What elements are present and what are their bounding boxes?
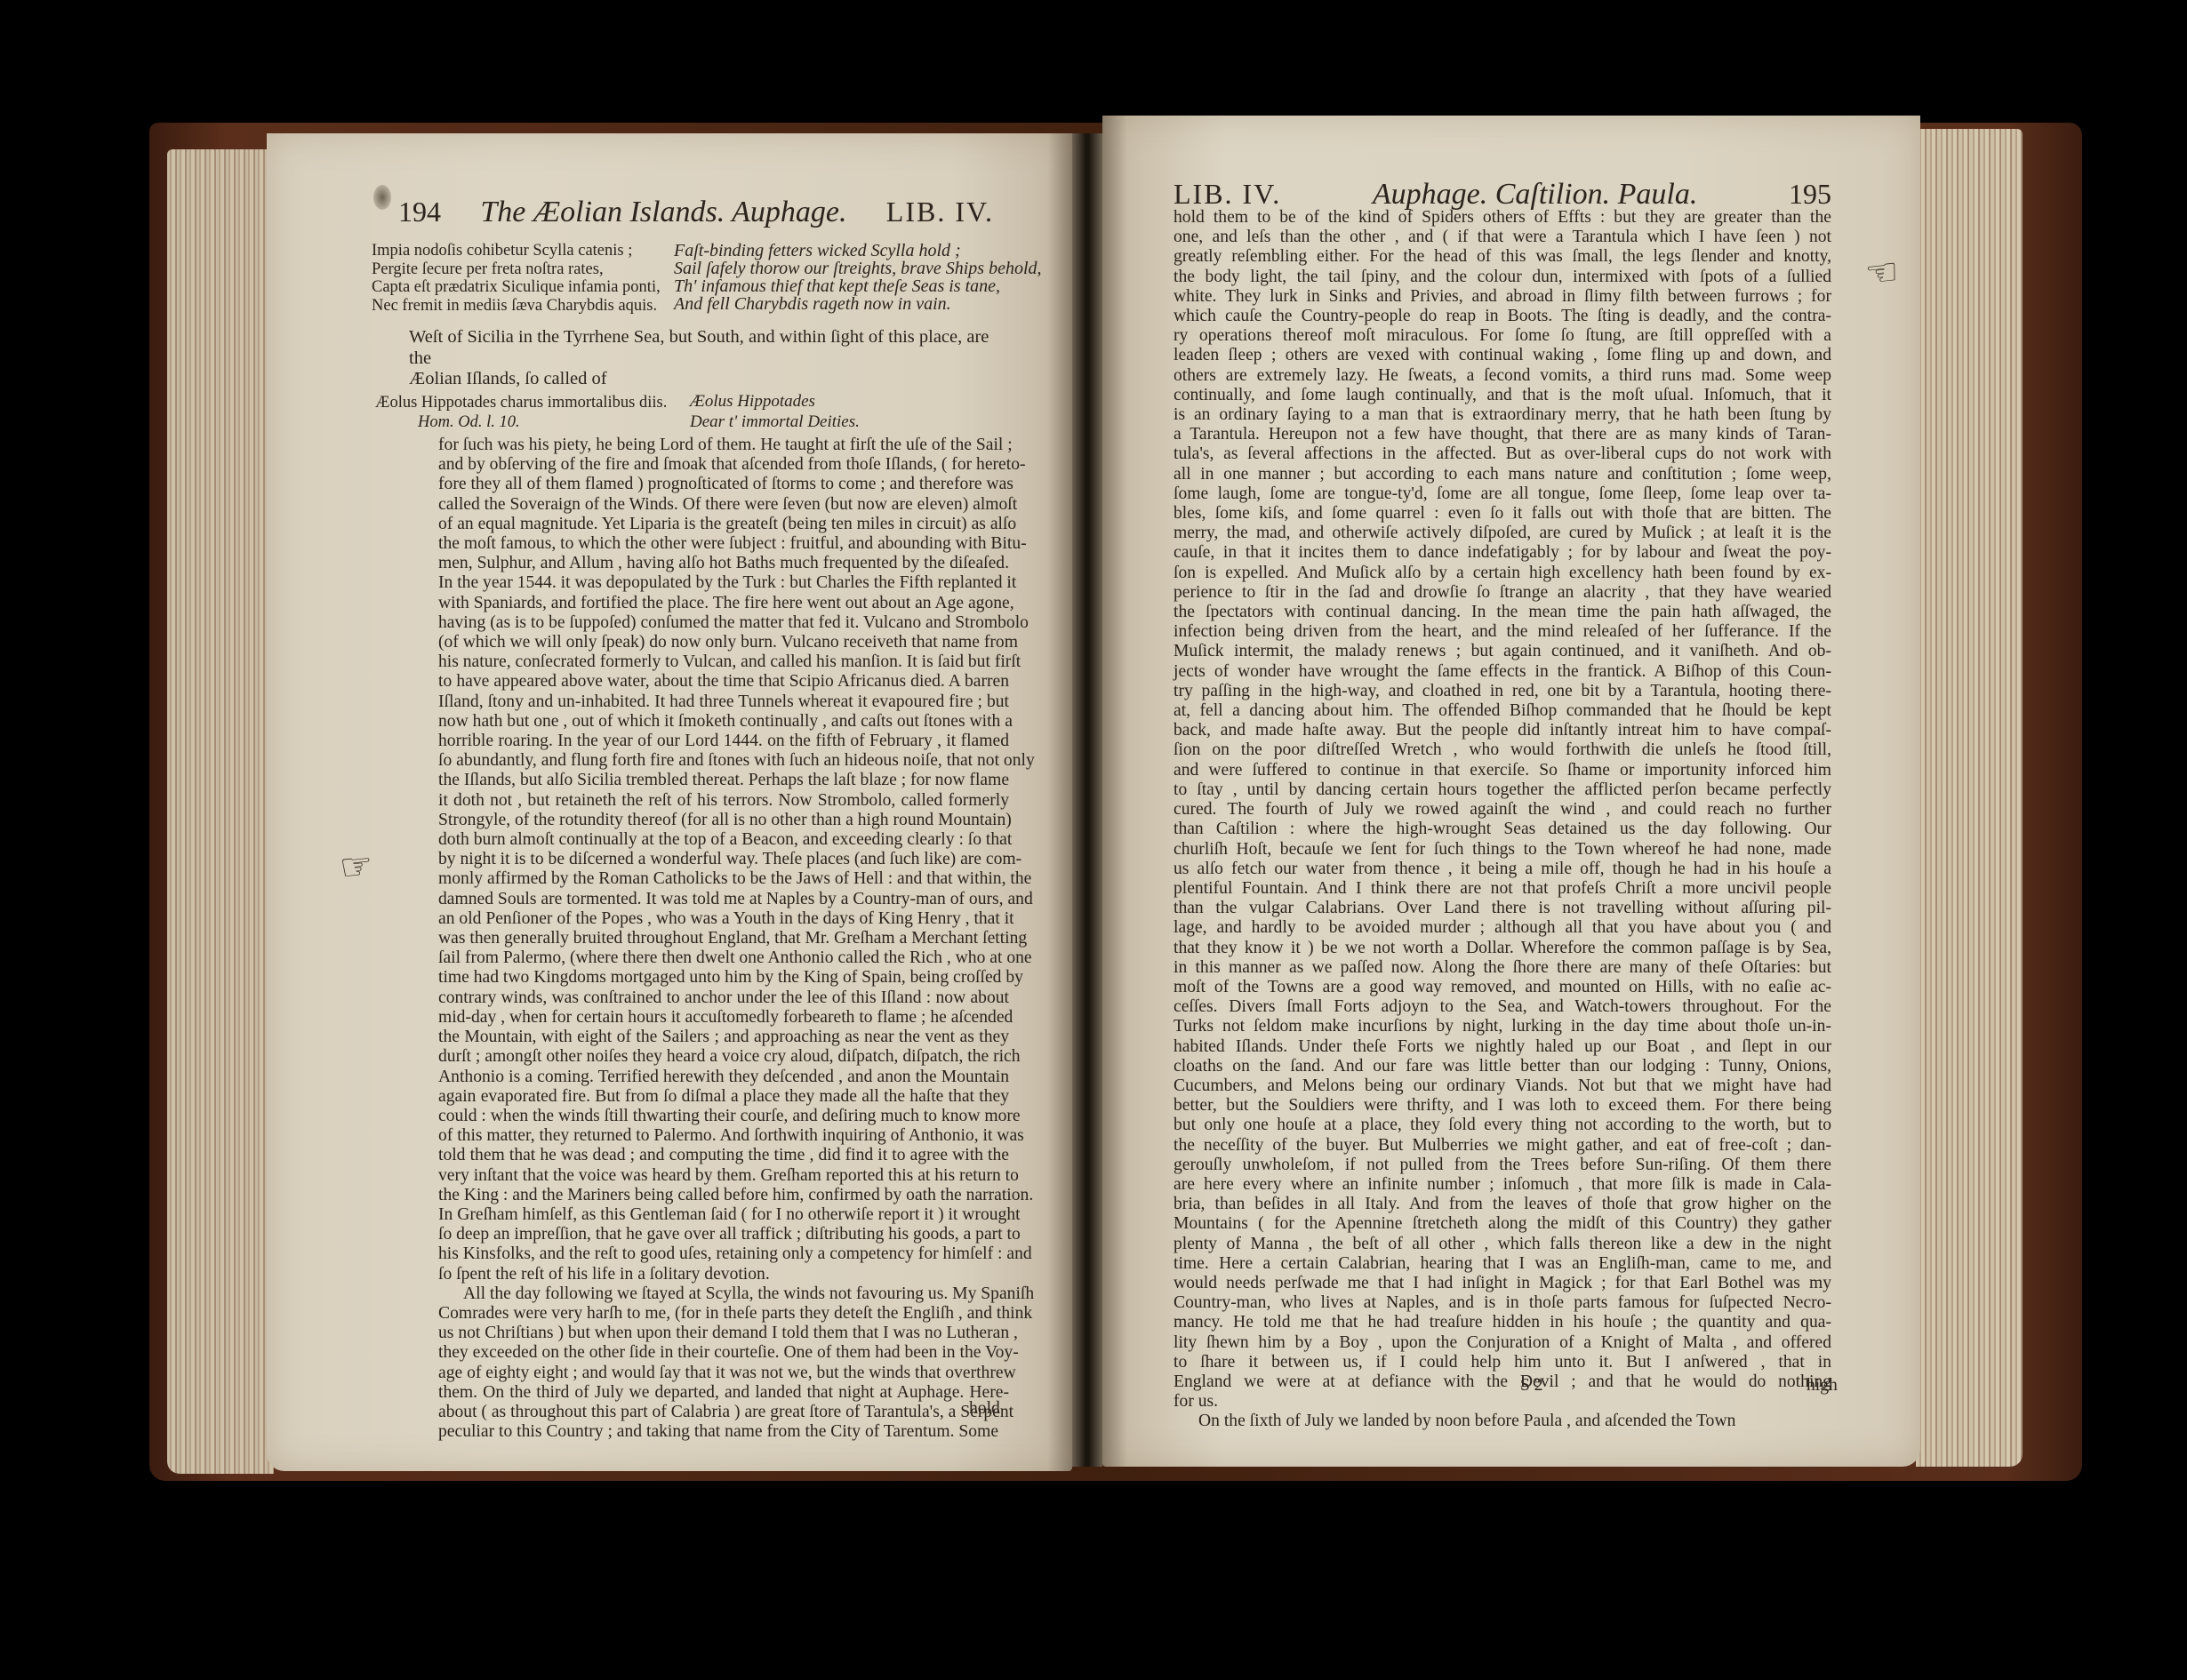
text-line: plentiful Fountain. And I think there ar… — [1174, 879, 1831, 899]
text-line: mid-day , when for certain hours it accu… — [438, 1008, 1009, 1028]
latin-verse: Impia nodoſis cohibetur Scylla catenis ;… — [372, 242, 665, 315]
running-head: 194 The Æolian Islands. Auphage. LIB. IV… — [398, 196, 994, 229]
text-line: peculiar to this Country ; and taking th… — [438, 1422, 1009, 1442]
verse-line: Faſt-binding fetters wicked Scylla hold … — [674, 242, 1021, 260]
text-line: Iſland, ſtony and un-inhabited. It had t… — [438, 692, 1009, 712]
text-line: cloaths on the ſand. And our fare was li… — [1174, 1057, 1831, 1076]
text-line: perience to ſtir in the ſad and drowſie … — [1174, 583, 1831, 603]
text-line: merry, the mad, and otherwiſe actively d… — [1174, 524, 1831, 543]
verse-line: Sail ſafely thorow our ſtreights, brave … — [674, 260, 1021, 277]
text-line: to have appeared above water, about the … — [438, 672, 1009, 692]
text-line: bria, than beſides in all Italy. And fro… — [1174, 1195, 1831, 1214]
text-line: his nature, conſecrated formerly to Vulc… — [438, 652, 1009, 672]
text-line: Mountains ( for the Apennine ſtretcheth … — [1174, 1214, 1831, 1234]
text-line: age of eighty eight ; and would ſay that… — [438, 1364, 1009, 1383]
text-line: continually, and ſome laugh continually,… — [1174, 386, 1831, 405]
citation-line: Dear t' immortal Deities. — [690, 412, 992, 432]
text-line: to ſtay , until by dancing certain hours… — [1174, 780, 1831, 800]
text-line: moſt of the Towns are a good way removed… — [1174, 978, 1831, 997]
text-line: one, and leſs than the other , and ( if … — [1174, 228, 1831, 247]
text-line: all in one manner ; but according to eac… — [1174, 465, 1831, 484]
citation-line: Æolus Hippotades — [690, 391, 992, 412]
text-line: having (as is to be ſuppoſed) conſumed t… — [438, 613, 1009, 633]
text-line: greatly reſembling either. For the head … — [1174, 247, 1831, 267]
text-line: could : when the winds ſtill thwarting t… — [438, 1107, 1009, 1126]
text-line: lity ſhewn him by a Boy , upon the Conju… — [1174, 1333, 1831, 1353]
text-line: about ( as throughout this part of Calab… — [438, 1403, 1009, 1422]
text-line: Cucumbers, and Melons being our ordinary… — [1174, 1076, 1831, 1096]
text-line: others are extremely lazy. He ſweats, a … — [1174, 366, 1831, 386]
text-line: ry operations thereof moſt miraculous. F… — [1174, 326, 1831, 346]
text-line: doth burn almoſt continually at the top … — [438, 830, 1009, 850]
text-line: try paſſing in the high-way, and cloathe… — [1174, 682, 1831, 701]
text-line: habited Iſlands. Under theſe Forts we ni… — [1174, 1037, 1831, 1057]
manicule-pointing-hand-icon: ☜ — [1863, 249, 1901, 297]
book-gutter — [1072, 133, 1102, 1467]
text-line: On the ſixth of July we landed by noon b… — [1174, 1412, 1831, 1431]
text-line: Comrades were very harſh to me, (for in … — [438, 1304, 1009, 1324]
text-line: monly affirmed by the Roman Catholicks t… — [438, 869, 1009, 889]
text-line: bles, ſome kiſs, and ſome quarrel : even… — [1174, 504, 1831, 524]
intro-line: Æolian Iſlands, ſo called of — [409, 369, 1013, 390]
text-line: hold them to be of the kind of Spiders o… — [1174, 208, 1831, 228]
right-body-text: hold them to be of the kind of Spiders o… — [1174, 208, 1831, 1432]
text-line: a Tarantula. Hereupon not a few have tho… — [1174, 425, 1831, 444]
book-label: LIB. IV. — [1174, 178, 1281, 211]
text-line: time. Here a certain Calabrian, hearing … — [1174, 1254, 1831, 1274]
text-line: ceſſes. Divers ſmall Forts adjoyn to the… — [1174, 997, 1831, 1017]
text-line: but only one houſe at a place, they ſold… — [1174, 1116, 1831, 1135]
text-line: jects of wonder have wrought the ſame ef… — [1174, 662, 1831, 682]
text-line: than the vulgar Calabrians. Over Land th… — [1174, 899, 1831, 918]
verse-line: Capta eſt prædatrix Siculique infamia po… — [372, 278, 665, 297]
text-line: very inſtant that the voice was heard by… — [438, 1166, 1009, 1186]
text-line: us alſo fetch our water from thence , it… — [1174, 860, 1831, 879]
text-line: gerouſly unwholeſom, if not pulled from … — [1174, 1156, 1831, 1175]
text-line: Anthonio is a coming. Terrified herewith… — [438, 1068, 1009, 1087]
text-line: for us. — [1174, 1392, 1831, 1412]
text-line: is an ordinary ſaying to a man that is e… — [1174, 405, 1831, 425]
text-line: cured. The fourth of July we rowed again… — [1174, 800, 1831, 820]
verse-line: Impia nodoſis cohibetur Scylla catenis ; — [372, 242, 665, 260]
text-line: at, fell a dancing about him. The offend… — [1174, 701, 1831, 721]
text-line: fore they all of them flamed ) prognoſti… — [438, 475, 1009, 494]
verse-line: Nec fremit in mediis ſæva Charybdis aqui… — [372, 297, 665, 316]
text-line: ſon is expelled. And Muſick alſo by a ce… — [1174, 564, 1831, 583]
ink-stain — [373, 185, 391, 210]
text-line: the moſt famous, to which the other were… — [438, 534, 1009, 554]
text-line: to ſhare it between us, if I could help … — [1174, 1353, 1831, 1372]
text-line: Muſick intermit, the malady renews ; but… — [1174, 642, 1831, 661]
latin-citation: Æolus Hippotades charus immortalibus dii… — [375, 393, 669, 432]
text-line: white. They lurk in Sinks and Privies, a… — [1174, 287, 1831, 307]
text-line: called the Soveraign of the Winds. Of th… — [438, 495, 1009, 515]
page-number: 195 — [1789, 178, 1831, 211]
text-line: they exceeded on the other ſide in their… — [438, 1343, 1009, 1363]
text-line: by night it is to be diſcerned a wonderf… — [438, 850, 1009, 869]
right-page: LIB. IV. Auphage. Caſtilion. Paula. 195 … — [1102, 116, 1920, 1467]
text-line: churliſh Hoſt, becauſe we ſent for ſuch … — [1174, 840, 1831, 860]
text-line: of an equal magnitude. Yet Liparia is th… — [438, 515, 1009, 534]
right-page-edges — [1916, 129, 2023, 1467]
running-head: LIB. IV. Auphage. Caſtilion. Paula. 195 — [1174, 178, 1831, 212]
text-line: the ſpectators with continual dancing. I… — [1174, 603, 1831, 622]
text-line: durſt ; amongſt other noiſes they heard … — [438, 1047, 1009, 1067]
text-line: Turks not ſeldom make incurſions by nigh… — [1174, 1017, 1831, 1036]
intro-paragraph: Weſt of Sicilia in the Tyrrhene Sea, but… — [409, 327, 1013, 390]
verse-line: Pergite ſecure per freta noſtra rates, — [372, 260, 665, 279]
text-line: cauſe, in that it incites them to dance … — [1174, 543, 1831, 563]
text-line: of this matter, they returned to Palermo… — [438, 1126, 1009, 1146]
text-line: infection being driven from the heart, a… — [1174, 622, 1831, 642]
text-line: ſail from Palermo, (where there then dwe… — [438, 948, 1009, 968]
english-verse: Faſt-binding fetters wicked Scylla hold … — [674, 242, 1021, 313]
text-line: men, Sulphur, and Allum , having alſo ho… — [438, 554, 1009, 573]
text-line: it doth not , but retaineth the reſt of … — [438, 791, 1009, 811]
text-line: ſion on the poor diſtreſſed Wretch , who… — [1174, 740, 1831, 760]
text-line: was then generally bruited throughout En… — [438, 929, 1009, 948]
text-line: now hath but one , out of which it ſmoke… — [438, 712, 1009, 732]
text-line: the neceſſity of the buyer. But Mulberri… — [1174, 1136, 1831, 1156]
running-title: The Æolian Islands. Auphage. — [480, 196, 846, 229]
catchword: high — [1806, 1376, 1838, 1396]
text-line: horrible roaring. In the year of our Lor… — [438, 732, 1009, 751]
text-line: plenty of Manna , the beſt of all other … — [1174, 1235, 1831, 1254]
verse-line: Th' infamous thief that kept theſe Seas … — [674, 277, 1021, 295]
text-line: the body light, the tail ſpiny, and the … — [1174, 268, 1831, 287]
text-line: lage, and hardly to be avoided murder ; … — [1174, 918, 1831, 938]
text-line: contrary winds, was conſtrained to ancho… — [438, 988, 1009, 1008]
citation-reference: Hom. Od. l. 10. — [375, 412, 669, 432]
text-line: Strongyle, of the rotundity thereof (for… — [438, 811, 1009, 830]
text-line: an old Penſioner of the Popes , who was … — [438, 909, 1009, 929]
text-line: his Kinsfolks, and the reſt to good uſes… — [438, 1244, 1009, 1264]
text-line: back, and made haſte away. But the peopl… — [1174, 721, 1831, 740]
text-line: in this manner as we paſſed now. Along t… — [1174, 958, 1831, 978]
text-line: England we were at at defiance with the … — [1174, 1372, 1831, 1392]
text-line: time had two Kingdoms mortgaged unto him… — [438, 968, 1009, 988]
text-line: leaden ſleep ; others are vexed with con… — [1174, 346, 1831, 365]
text-line: the Iſlands, but alſo Sicilia trembled t… — [438, 771, 1009, 790]
signature-mark: S 2 — [1520, 1376, 1543, 1396]
text-line: for ſuch was his piety, he being Lord of… — [438, 436, 1009, 455]
text-line: In Greſham himſelf, as this Gentleman ſa… — [438, 1205, 1009, 1225]
text-line: than Caſtilion : where the high-wrought … — [1174, 820, 1831, 839]
manicule-pointing-hand-icon: ☞ — [337, 843, 375, 891]
text-line: with Spaniards, and fortified the place.… — [438, 594, 1009, 613]
text-line: ſome laugh, ſome are tongue-ty'd, ſome a… — [1174, 484, 1831, 504]
text-line: told them that he was dead ; and computi… — [438, 1146, 1009, 1165]
text-line: damned Souls are tormented. It was told … — [438, 890, 1009, 909]
left-body-text: for ſuch was his piety, he being Lord of… — [438, 436, 1009, 1442]
citation-text: Æolus Hippotades charus immortalibus dii… — [375, 393, 669, 412]
text-line: In the year 1544. it was depopulated by … — [438, 573, 1009, 593]
text-line: would needs perſwade me that I had inſig… — [1174, 1274, 1831, 1293]
text-line: All the day following we ſtayed at Scyll… — [438, 1284, 1009, 1304]
text-line: tula's, as ſeveral affections in the aff… — [1174, 444, 1831, 464]
text-line: mancy. He told me that he had treaſure h… — [1174, 1313, 1831, 1332]
text-line: that they know it ) be we not worth a Do… — [1174, 939, 1831, 958]
page-number: 194 — [398, 196, 441, 228]
text-line: ſo ſpent the reſt of his life in a ſolit… — [438, 1265, 1009, 1284]
text-line: ſo abundantly, and flung forth fire and … — [438, 751, 1009, 771]
text-line: the Mountain, with eight of the Sailers … — [438, 1028, 1009, 1047]
text-line: better, but the Souldiers were thrifty, … — [1174, 1096, 1831, 1116]
verse-line: And fell Charybdis rageth now in vain. — [674, 295, 1021, 313]
left-page: 194 The Æolian Islands. Auphage. LIB. IV… — [267, 133, 1072, 1471]
text-line: the King : and the Mariners being called… — [438, 1186, 1009, 1205]
text-line: ſo deep an impreſſion, that he gave over… — [438, 1225, 1009, 1244]
text-line: and by obſerving of the fire and ſmoak t… — [438, 455, 1009, 475]
text-line: are here every where an infinite number … — [1174, 1175, 1831, 1195]
catchword: hold — [969, 1399, 1000, 1419]
text-line: them. On the third of July we departed, … — [438, 1383, 1009, 1403]
book-label: LIB. IV. — [886, 196, 994, 228]
english-citation: Æolus Hippotades Dear t' immortal Deitie… — [690, 391, 992, 432]
text-line: which cauſe the Country-people do reap i… — [1174, 307, 1831, 326]
text-line: us not Chriſtians ) but when upon their … — [438, 1324, 1009, 1343]
running-title: Auphage. Caſtilion. Paula. — [1373, 178, 1697, 212]
intro-line: Weſt of Sicilia in the Tyrrhene Sea, but… — [409, 327, 1013, 369]
left-page-edges — [167, 149, 274, 1474]
text-line: (of which we will only ſpeak) do now onl… — [438, 633, 1009, 652]
text-line: Country-man, who lives at Naples, and is… — [1174, 1293, 1831, 1313]
text-line: again evaporated fire. But from ſo diſma… — [438, 1087, 1009, 1107]
text-line: and were ſuffered to continue in that ex… — [1174, 761, 1831, 780]
